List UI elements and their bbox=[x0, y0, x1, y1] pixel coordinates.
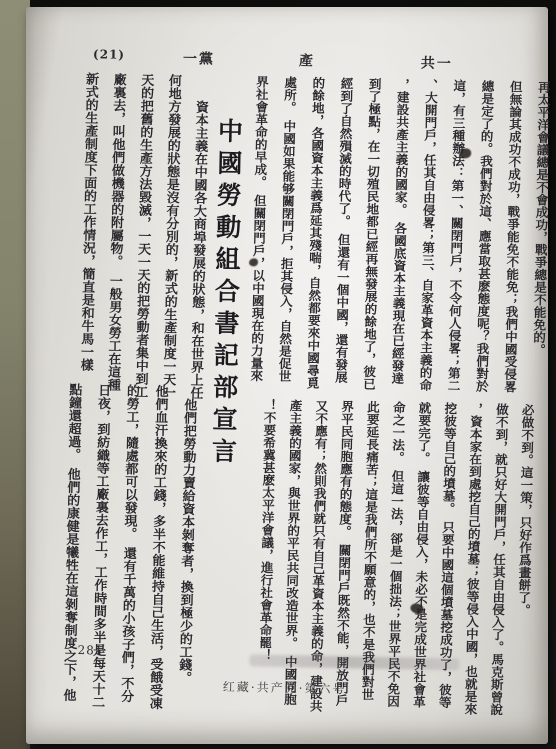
running-title-left: 一黨 bbox=[183, 48, 215, 69]
text-column: 他們把勞動力賣給資本剝奪者，換到極少的工錢。 bbox=[167, 385, 202, 717]
book-photo: (21) 一黨 產 共一 再太平洋會議總是不會成功，戰爭總是不能免的。 但無論其… bbox=[0, 0, 556, 749]
running-title-center: 產 bbox=[299, 50, 313, 70]
declaration-upper-band: 資本主義在中國各大商埠發展的狀態，和在世界上任 何地方發展的狀態是沒有分別的，新… bbox=[71, 72, 215, 395]
ink-smudge bbox=[459, 148, 471, 158]
running-title-right: 共一 bbox=[421, 53, 453, 74]
scanned-page: (21) 一黨 產 共一 再太平洋會議總是不會成功，戰爭總是不能免的。 但無論其… bbox=[26, 7, 548, 744]
page-number: 281 bbox=[77, 643, 103, 657]
page-label: (21) bbox=[93, 47, 125, 62]
declaration-lower-band: 他們把勞動力賣給資本剝奪者，換到極少的工錢。 他們血汗換來的工錢，多半不能維持自… bbox=[52, 383, 202, 718]
previous-article-upper-band: 再太平洋會議總是不會成功，戰爭總是不能免的。 但無論其成功不成功，戰爭能免不能免… bbox=[242, 75, 556, 399]
imprint: 红藏·共产党·第六号 bbox=[223, 678, 347, 697]
page-content: (21) 一黨 產 共一 再太平洋會議總是不會成功，戰爭總是不能免的。 但無論其… bbox=[18, 2, 554, 749]
previous-article-lower-band: 必做不到。這一策，只好作爲畫餅了。 做不到，就只好大開門戶，任其自由侵入了。馬克… bbox=[250, 398, 540, 717]
ink-smudge bbox=[249, 258, 258, 266]
